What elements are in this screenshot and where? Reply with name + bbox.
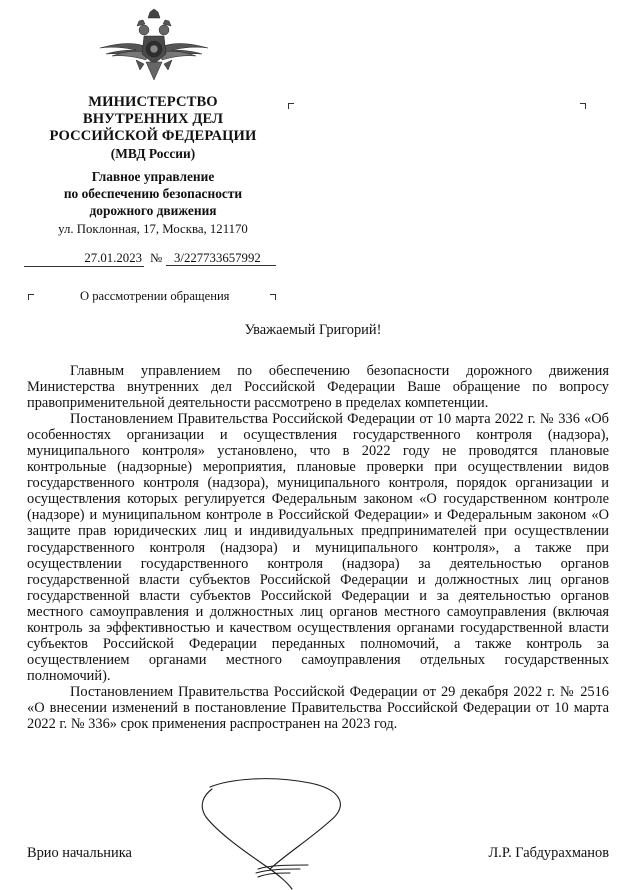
greeting: Уважаемый Григорий!: [0, 322, 626, 339]
org-name-line-2: ВНУТРЕННИХ ДЕЛ: [28, 111, 278, 128]
org-name-line-3: РОССИЙСКОЙ ФЕДЕРАЦИИ: [28, 128, 278, 145]
signatory-position: Врио начальника: [27, 845, 132, 862]
number-sign: №: [150, 250, 162, 266]
registration-number: 3/227733657992: [166, 250, 276, 266]
org-name-line-1: МИНИСТЕРСТВО: [28, 94, 278, 111]
subject-corner-left: [28, 294, 34, 300]
signatory-name: Л.Р. Габдурахманов: [489, 845, 609, 862]
mvd-emblem-icon: [92, 4, 216, 84]
handwritten-signature-icon: [190, 765, 360, 890]
letter-body: Главным управлением по обеспечению безоп…: [27, 363, 609, 732]
department-line-1: Главное управление: [28, 168, 278, 185]
letterhead-block: МИНИСТЕРСТВО ВНУТРЕННИХ ДЕЛ РОССИЙСКОЙ Ф…: [28, 94, 278, 237]
department-line-3: дорожного движения: [28, 202, 278, 219]
body-paragraph-1: Главным управлением по обеспечению безоп…: [27, 363, 609, 411]
org-address: ул. Поклонная, 17, Москва, 121170: [28, 221, 278, 237]
subject-corner-right: [270, 294, 276, 300]
department-line-2: по обеспечению безопасности: [28, 185, 278, 202]
addressee-corner-top-left: [288, 103, 294, 109]
org-abbreviation: (МВД России): [28, 145, 278, 162]
department-name: Главное управление по обеспечению безопа…: [28, 168, 278, 219]
body-paragraph-2: Постановлением Правительства Российской …: [27, 411, 609, 684]
registration-date: 27.01.2023: [24, 250, 144, 267]
body-paragraph-3: Постановлением Правительства Российской …: [27, 684, 609, 732]
addressee-corner-top-right: [580, 103, 586, 109]
letter-page: МИНИСТЕРСТВО ВНУТРЕННИХ ДЕЛ РОССИЙСКОЙ Ф…: [0, 0, 626, 890]
letter-subject: О рассмотрении обращения: [80, 288, 229, 304]
